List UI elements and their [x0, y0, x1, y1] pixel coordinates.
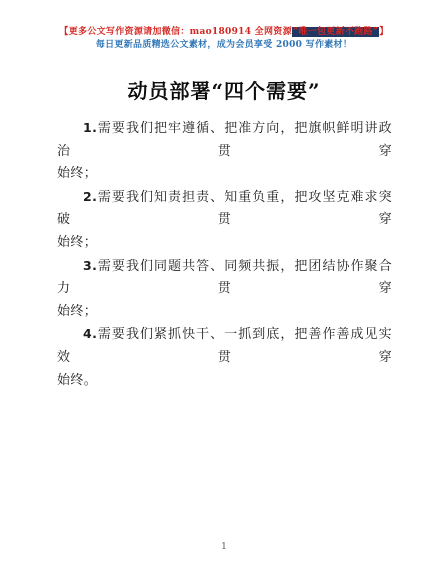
paragraph-1: 1.需要我们把牢遵循、把准方向，把旗帜鲜明讲政治贯穿 始终；	[57, 117, 392, 186]
paragraph-1-text: 需要我们把牢遵循、把准方向，把旗帜鲜明讲政治贯穿	[57, 121, 392, 159]
page-number: 1	[0, 542, 448, 552]
paragraph-4-number: 4.	[83, 326, 97, 341]
paragraph-4-line-2: 始终。	[57, 370, 392, 393]
paragraph-2-line-1: 2.需要我们知责担责、知重负重，把攻坚克难求突破贯穿	[57, 186, 392, 232]
paragraph-4: 4.需要我们紧抓快干、一抓到底，把善作善成见实效贯穿 始终。	[57, 323, 392, 392]
watermark-header: 【更多公文写作资源请加微信：mao180914 全网资源“唯一包更新不跑路”】 …	[0, 0, 448, 52]
paragraph-3: 3.需要我们同题共答、同频共振，把团结协作聚合力贯穿 始终；	[57, 255, 392, 324]
paragraph-4-text: 需要我们紧抓快干、一抓到底，把善作善成见实效贯穿	[57, 327, 392, 365]
watermark-line-1: 【更多公文写作资源请加微信：mao180914 全网资源“唯一包更新不跑路”】	[0, 25, 448, 39]
paragraph-2-number: 2.	[83, 189, 97, 204]
paragraph-3-line-2: 始终；	[57, 301, 392, 324]
watermark-line1-suffix: 】	[379, 27, 388, 37]
paragraph-3-line-1: 3.需要我们同题共答、同频共振，把团结协作聚合力贯穿	[57, 255, 392, 301]
paragraph-2-line-2: 始终；	[57, 232, 392, 255]
paragraph-2-text: 需要我们知责担责、知重负重，把攻坚克难求突破贯穿	[57, 190, 392, 228]
paragraph-1-number: 1.	[83, 120, 97, 135]
watermark-line-2: 每日更新品质精选公文素材，成为会员享受 2000 写作素材！	[0, 39, 448, 52]
document-page: 【更多公文写作资源请加微信：mao180914 全网资源“唯一包更新不跑路”】 …	[0, 0, 448, 580]
document-title: 动员部署“四个需要”	[0, 75, 448, 104]
document-body: 1.需要我们把牢遵循、把准方向，把旗帜鲜明讲政治贯穿 始终； 2.需要我们知责担…	[57, 117, 392, 392]
paragraph-1-line-2: 始终；	[57, 163, 392, 186]
paragraph-2: 2.需要我们知责担责、知重负重，把攻坚克难求突破贯穿 始终；	[57, 186, 392, 255]
paragraph-3-number: 3.	[83, 258, 97, 273]
watermark-line1-prefix: 【更多公文写作资源请加微信：mao180914 全网资源	[59, 27, 291, 37]
paragraph-3-text: 需要我们同题共答、同频共振，把团结协作聚合力贯穿	[57, 259, 392, 297]
paragraph-4-line-1: 4.需要我们紧抓快干、一抓到底，把善作善成见实效贯穿	[57, 323, 392, 369]
paragraph-1-line-1: 1.需要我们把牢遵循、把准方向，把旗帜鲜明讲政治贯穿	[57, 117, 392, 163]
watermark-line1-highlight: “唯一包更新不跑路”	[292, 27, 379, 37]
